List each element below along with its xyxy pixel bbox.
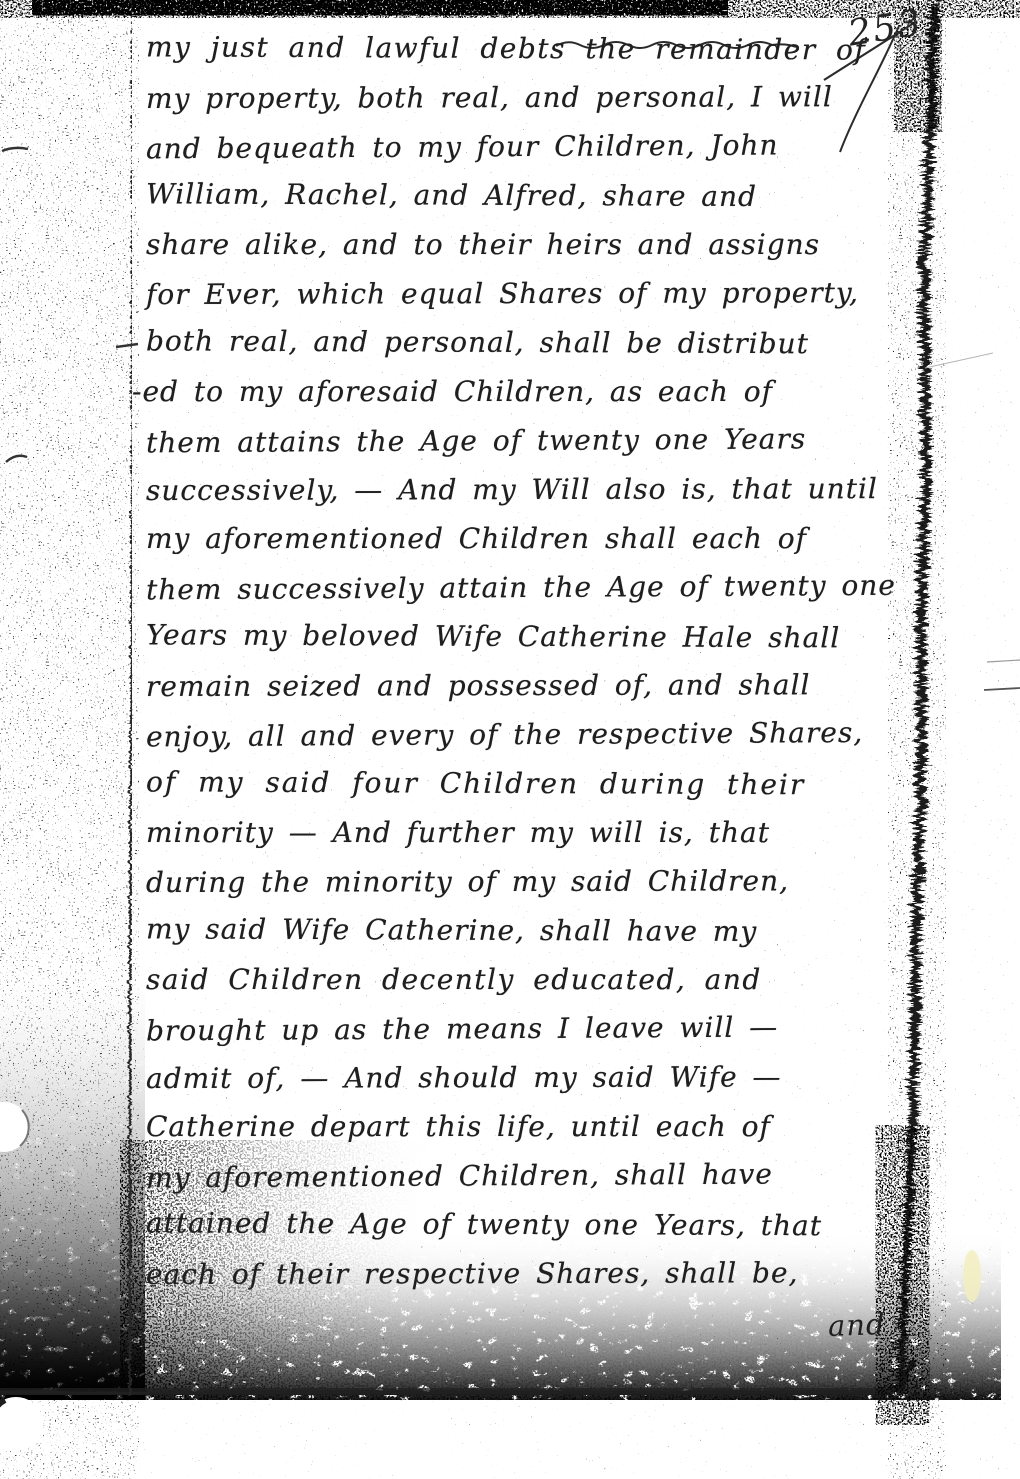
text-line: my aforementioned Children, shall have xyxy=(146,1149,918,1203)
handwritten-text: my just and lawful debts the remainder o… xyxy=(146,24,918,1298)
text-line: attained the Age of twenty one Years, th… xyxy=(146,1198,918,1250)
text-line: my aforementioned Children shall each of xyxy=(146,514,918,563)
text-line: Catherine depart this life, until each o… xyxy=(146,1102,918,1151)
text-line: and bequeath to my four Children, John xyxy=(146,120,918,174)
text-line: of my said four Children during their xyxy=(146,757,918,809)
text-line: enjoy, all and every of the respective S… xyxy=(146,708,918,762)
text-line: my just and lawful debts the remainder o… xyxy=(146,22,918,74)
text-line: successively, — And my Will also is, tha… xyxy=(146,464,918,515)
text-line: Years my beloved Wife Catherine Hale sha… xyxy=(146,610,918,662)
text-line: them successively attain the Age of twen… xyxy=(146,561,918,615)
text-line: my property, both real, and personal, I … xyxy=(146,72,918,123)
text-line: my said Wife Catherine, shall have my xyxy=(146,904,918,956)
top-edge-noise xyxy=(55,0,935,16)
text-line: -ed to my aforesaid Children, as each of xyxy=(132,367,918,416)
yellow-mark xyxy=(963,1250,981,1302)
catchword: and xyxy=(827,1307,886,1343)
text-line: minority — And further my will is, that xyxy=(146,808,918,857)
text-line: both real, and personal, shall be distri… xyxy=(146,316,918,368)
text-line: brought up as the means I leave will — xyxy=(146,1002,918,1056)
text-line: William, Rachel, and Alfred, share and xyxy=(146,169,918,221)
text-line: for Ever, which equal Shares of my prope… xyxy=(146,268,918,319)
scanned-page: 253 my just and lawful debts the remaind… xyxy=(0,0,1020,1479)
text-line: share alike, and to their heirs and assi… xyxy=(146,220,918,269)
text-line: admit of, — And should my said Wife — xyxy=(146,1052,918,1103)
text-line: remain seized and possessed of, and shal… xyxy=(146,660,918,711)
text-line: said Children decently educated, and xyxy=(146,955,918,1004)
text-line: them attains the Age of twenty one Years xyxy=(146,414,918,468)
text-line: during the minority of my said Children, xyxy=(146,856,918,907)
text-line: each of their respective Shares, shall b… xyxy=(146,1248,918,1299)
